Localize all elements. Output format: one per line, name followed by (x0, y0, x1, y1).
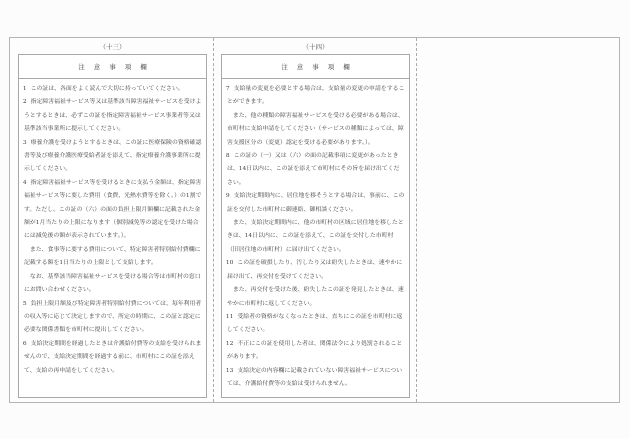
note-4-para-3: なお、基準該当障害福祉サービスを受ける場合等は市町村の窓口にお問い合わせください… (24, 271, 202, 298)
panel-13-title: （十三） (18, 42, 207, 51)
note-12: 12不正にこの証を使用した者は、関係法令により処罰されることがあります。 (227, 338, 405, 365)
note-2: 2指定障害福祉サービス等又は基準該当障害福祉サービスを受けようとするときは、必ず… (24, 96, 202, 136)
note-13: 13支給決定の内容欄に記載されていない障害福祉サービスについては、介護給付費等の… (227, 365, 405, 392)
blank-panel (417, 38, 619, 402)
panel-14-notes-box: 注意事項欄 7支給量の変更を必要とする場合は、支給量の変更の申請をすることができ… (221, 54, 410, 398)
note-4: 4指定障害福祉サービス等を受けるときに支払う金額は、指定障害福祉サービス等に要し… (24, 177, 202, 244)
note-1: 1この証は、各面をよく読んで大切に持っていてください。 (24, 83, 202, 96)
note-11: 11受給者の資格がなくなったときは、直ちにこの証を市町村に返してください。 (227, 311, 405, 338)
note-9-para-2: また、支給決定期間内に、他の市町村の区域に居住地を移したときは、14日以内に、こ… (227, 217, 405, 257)
note-7: 7支給量の変更を必要とする場合は、支給量の変更の申請をすることができます。 (227, 83, 405, 110)
note-10-para-2: また、再交付を受けた後、紛失したこの証を発見したときは、速やかに市町村に返してく… (227, 284, 405, 311)
panel-14-title: （十四） (221, 42, 410, 51)
fold-line-1 (213, 38, 214, 402)
note-5: 5負担上限月額及び特定障害者特別給付費については、毎年利用者の収入等に応じて決定… (24, 298, 202, 338)
note-9: 9支給決定期間内に、居住地を移そうとする場合は、事前に、この証を交付した市町村に… (227, 190, 405, 217)
certificate-sheet: （十三） 注意事項欄 1この証は、各面をよく読んで大切に持っていてください。 2… (9, 37, 620, 403)
note-4-para-2: また、食事等に要する費用について、特定障害者特別給付費欄に記載する額を1日当たり… (24, 244, 202, 271)
panel-13-header: 注意事項欄 (19, 55, 206, 79)
note-7-para-2: また、他の種類の障害福祉サービスを受ける必要がある場合は、市町村に支給申請をして… (227, 110, 405, 150)
panel-13-notes-box: 注意事項欄 1この証は、各面をよく読んで大切に持っていてください。 2指定障害福… (18, 54, 207, 398)
panel-13-body: 1この証は、各面をよく読んで大切に持っていてください。 2指定障害福祉サービス等… (19, 79, 206, 378)
note-3: 3療養介護を受けようとするときは、この証に医療保険の資格確認書等及び療養介護医療… (24, 137, 202, 177)
note-8: 8この証の（一）又は（六）の面の記載事項に変更があったときは、14日以内に、この… (227, 150, 405, 190)
note-10: 10この証を破損したり、汚したり又は紛失したときは、速やかに届け出て、再交付を受… (227, 257, 405, 284)
note-6: 6支給決定期間を経過したときは介護給付費等の支給を受けられませんので、支給決定期… (24, 338, 202, 378)
panel-14-header: 注意事項欄 (222, 55, 409, 79)
panel-14-body: 7支給量の変更を必要とする場合は、支給量の変更の申請をすることができます。 また… (222, 79, 409, 391)
